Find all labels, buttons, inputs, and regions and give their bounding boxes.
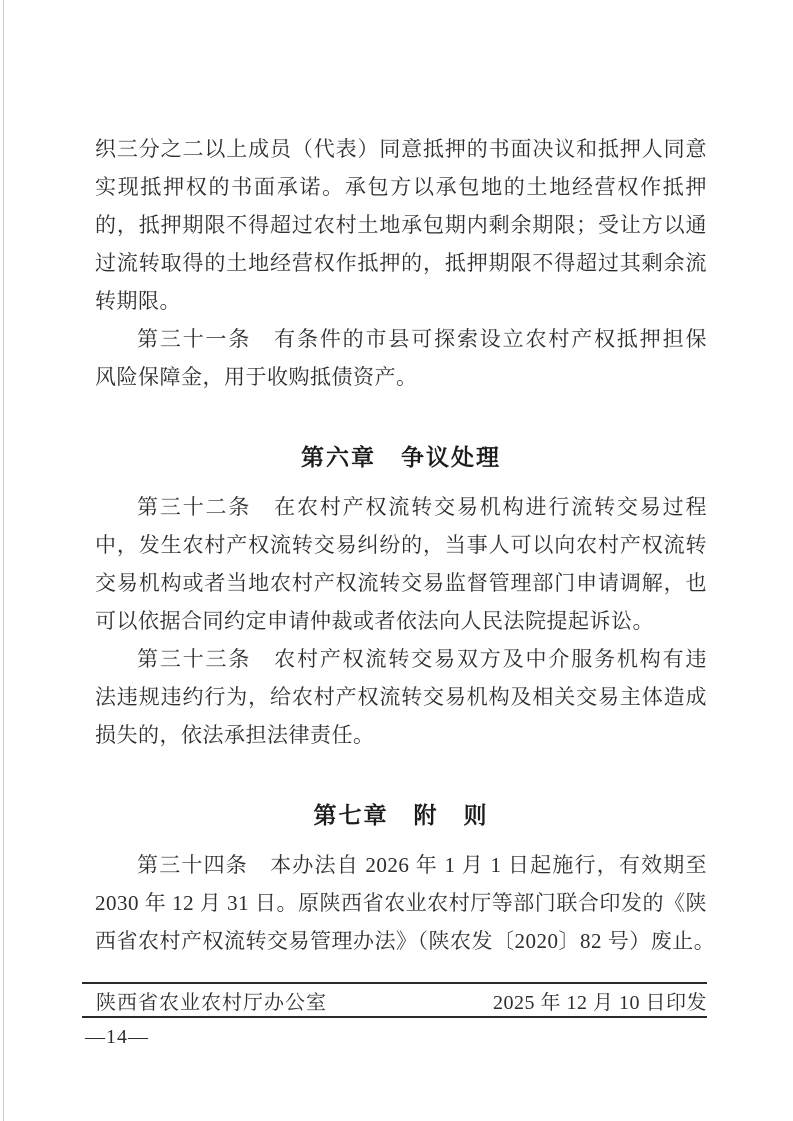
paragraph: 第三十三条 农村产权流转交易双方及中介服务机构有违法违规违约行为，给农村产权流转… — [95, 640, 707, 754]
chapter-heading: 第七章 附 则 — [95, 800, 707, 830]
text-line: 的，抵押期限不得超过农村土地承包期内剩余期限；受让方以通 — [95, 206, 707, 244]
text-line: 第三十一条 有条件的市县可探索设立农村产权抵押担保 — [95, 320, 707, 358]
text-line: 织三分之二以上成员（代表）同意抵押的书面决议和抵押人同意 — [95, 130, 707, 168]
document-page: 织三分之二以上成员（代表）同意抵押的书面决议和抵押人同意实现抵押权的书面承诺。承… — [0, 0, 793, 1121]
text-line: 实现抵押权的书面承诺。承包方以承包地的土地经营权作抵押 — [95, 168, 707, 206]
issuing-office: 陕西省农业农村厅办公室 — [96, 986, 327, 1015]
text-line: 可以依据合同约定申请仲裁或者依法向人民法院提起诉讼。 — [95, 602, 707, 640]
text-line: 风险保障金，用于收购抵债资产。 — [95, 358, 707, 396]
scan-edge-line — [3, 0, 4, 1121]
text-line: 第三十二条 在农村产权流转交易机构进行流转交易过程 — [95, 488, 707, 526]
text-line: 西省农村产权流转交易管理办法》（陕农发〔2020〕82 号）废止。 — [95, 922, 707, 960]
text-line: 过流转取得的土地经营权作抵押的，抵押期限不得超过其剩余流 — [95, 244, 707, 282]
document-body: 织三分之二以上成员（代表）同意抵押的书面决议和抵押人同意实现抵押权的书面承诺。承… — [95, 130, 707, 960]
text-line: 第三十三条 农村产权流转交易双方及中介服务机构有违 — [95, 640, 707, 678]
text-line: 第三十四条 本办法自 2026 年 1 月 1 日起施行，有效期至 — [95, 846, 707, 884]
print-date: 2025 年 12 月 10 日印发 — [493, 986, 707, 1015]
text-line: 交易机构或者当地农村产权流转交易监督管理部门申请调解，也 — [95, 564, 707, 602]
text-line: 法违规违约行为，给农村产权流转交易机构及相关交易主体造成 — [95, 678, 707, 716]
text-line: 损失的，依法承担法律责任。 — [95, 716, 707, 754]
text-line: 2030 年 12 月 31 日。原陕西省农业农村厅等部门联合印发的《陕 — [95, 884, 707, 922]
paragraph: 第三十一条 有条件的市县可探索设立农村产权抵押担保风险保障金，用于收购抵债资产。 — [95, 320, 707, 396]
page-number: —14— — [85, 1026, 149, 1049]
chapter-heading: 第六章 争议处理 — [95, 442, 707, 472]
text-line: 中，发生农村产权流转交易纠纷的，当事人可以向农村产权流转 — [95, 526, 707, 564]
paragraph: 织三分之二以上成员（代表）同意抵押的书面决议和抵押人同意实现抵押权的书面承诺。承… — [95, 130, 707, 320]
paragraph: 第三十二条 在农村产权流转交易机构进行流转交易过程中，发生农村产权流转交易纠纷的… — [95, 488, 707, 640]
text-line: 转期限。 — [95, 282, 707, 320]
document-footer: 陕西省农业农村厅办公室 2025 年 12 月 10 日印发 — [82, 982, 707, 1018]
paragraph: 第三十四条 本办法自 2026 年 1 月 1 日起施行，有效期至2030 年 … — [95, 846, 707, 960]
